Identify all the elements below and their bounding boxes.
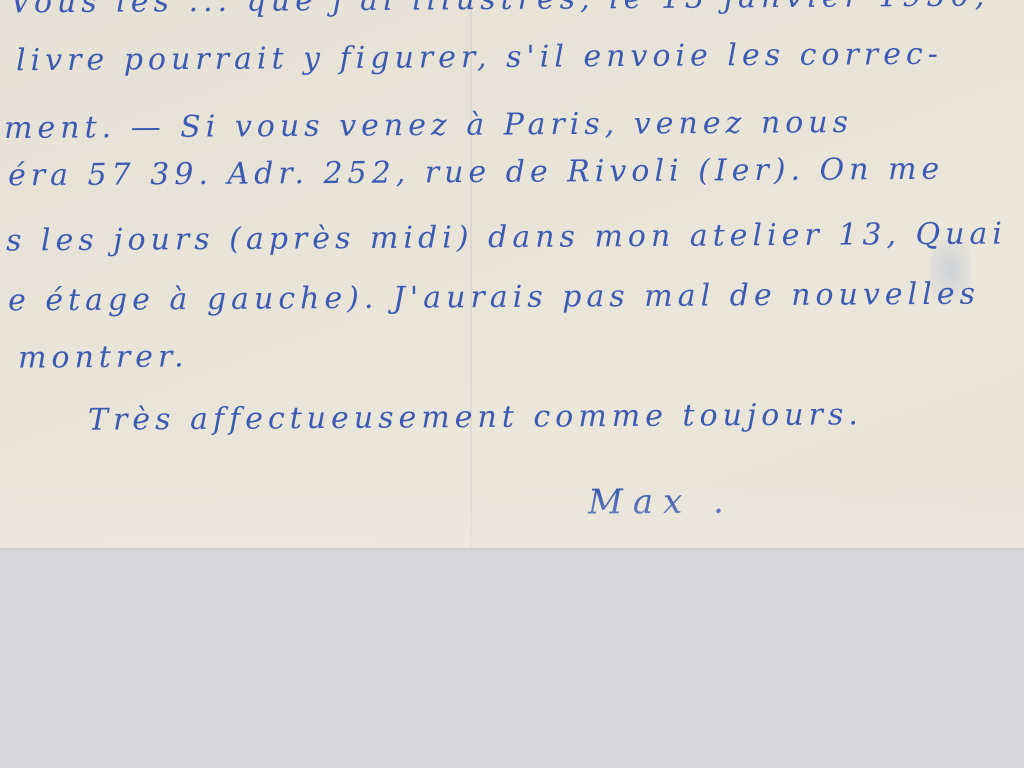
letter-line-2: livre pourrait y figurer, s'il envoie le… [16, 37, 943, 78]
letter-line-6: e étage à gauche). J'aurais pas mal de n… [8, 277, 980, 319]
letter-line-7: montrer. [18, 339, 189, 375]
letter-line-5: s les jours (après midi) dans mon atelie… [6, 217, 1007, 259]
letter-line-4: éra 57 39. Adr. 252, rue de Rivoli (Ier)… [8, 152, 944, 194]
closing-line: Très affectueusement comme toujours. [88, 397, 863, 437]
signature: Max . [588, 481, 734, 522]
table-surface [0, 548, 1024, 768]
letter-line-1: Vous les ... que j'ai illustrés, le 13 j… [10, 0, 990, 20]
letter-line-3: ment. — Si vous venez à Paris, venez nou… [4, 105, 853, 146]
paper-fold-crease [470, 0, 472, 548]
handwritten-letter-paper: Vous les ... que j'ai illustrés, le 13 j… [0, 0, 1024, 548]
